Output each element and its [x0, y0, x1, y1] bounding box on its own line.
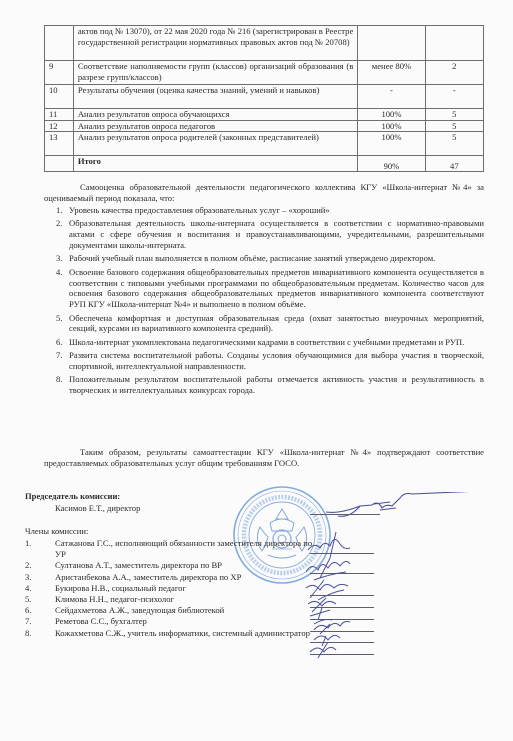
list-item: 2.Султанова А.Т., заместитель директора …	[25, 560, 325, 571]
row-value: -	[358, 85, 425, 109]
list-item: 2.Образовательная деятельность школы-инт…	[44, 218, 484, 250]
list-item: 8.Положительным результатом воспитательн…	[44, 374, 484, 396]
item-number: 5.	[25, 594, 31, 605]
item-text: Сейдахметова А.Ж., заведующая библиотеко…	[55, 605, 224, 615]
row-points: 5	[425, 120, 483, 132]
item-text: Сатжанова Г.С., исполняющий обязанности …	[55, 538, 312, 559]
item-number: 5.	[56, 313, 62, 324]
item-number: 3.	[56, 253, 62, 264]
total-points: 47	[425, 156, 483, 172]
list-item: 8.Кожахметова С.Ж., учитель информатики,…	[25, 628, 325, 639]
list-item: 3.Рабочий учебный план выполняется в пол…	[44, 253, 484, 264]
item-text: Реметова С.С., бухгалтер	[55, 616, 147, 626]
table-row: 13 Анализ результатов опроса родителей (…	[45, 132, 484, 156]
member-signatures-icon	[300, 528, 380, 663]
row-number: 11	[45, 109, 74, 121]
chair-name: Касимов Е.Т., директор	[55, 503, 140, 513]
item-text: Рабочий учебный план выполняется в полно…	[69, 253, 435, 263]
item-text: Положительным результатом воспитательной…	[69, 374, 484, 395]
members-title: Члены комиссии:	[25, 526, 88, 536]
row-criterion: актов под № 13070), от 22 мая 2020 года …	[73, 26, 357, 61]
row-criterion: Анализ результатов опроса обучающихся	[73, 109, 357, 121]
row-value: 100%	[358, 120, 425, 132]
item-number: 4.	[25, 583, 31, 594]
total-label: Итого	[73, 156, 357, 172]
row-points: 5	[425, 132, 483, 156]
row-number: 12	[45, 120, 74, 132]
item-text: Кожахметова С.Ж., учитель информатики, с…	[55, 628, 310, 638]
row-number: 10	[45, 85, 74, 109]
list-item: 5.Обеспечена комфортная и доступная обра…	[44, 313, 484, 335]
item-text: Школа-интернат укомплектована педагогиче…	[69, 337, 464, 347]
item-number: 2.	[56, 218, 62, 229]
list-item: 1.Сатжанова Г.С., исполняющий обязанност…	[25, 538, 325, 560]
item-number: 2.	[25, 560, 31, 571]
item-number: 6.	[25, 605, 31, 616]
list-item: 5.Климова Н.Н., педагог-психолог	[25, 594, 325, 605]
item-number: 8.	[25, 628, 31, 639]
chair-signature-icon	[320, 492, 510, 522]
item-number: 8.	[56, 374, 62, 385]
item-text: Освоение базового содержания общеобразов…	[69, 267, 484, 309]
row-number: 13	[45, 132, 74, 156]
item-number: 3.	[25, 572, 31, 583]
item-number: 1.	[56, 205, 62, 216]
self-assessment-table: актов под № 13070), от 22 мая 2020 года …	[44, 25, 484, 172]
chair-title: Председатель комиссии:	[25, 491, 120, 501]
row-points: 2	[425, 61, 483, 85]
row-number	[45, 26, 74, 61]
item-text: Климова Н.Н., педагог-психолог	[55, 594, 174, 604]
row-criterion: Анализ результатов опроса педагогов	[73, 120, 357, 132]
row-points	[425, 26, 483, 61]
signature-line	[310, 514, 380, 515]
row-value	[358, 26, 425, 61]
list-item: 3.Аристанбекова А.А., заместитель директ…	[25, 572, 325, 583]
list-item: 7.Развита система воспитательной работы.…	[44, 350, 484, 372]
item-text: Султанова А.Т., заместитель директора по…	[55, 560, 222, 570]
item-text: Букирова Н.В., социальный педагог	[55, 583, 186, 593]
table-row: 9 Соответствие наполняемости групп (клас…	[45, 61, 484, 85]
list-item: 1.Уровень качества предоставления образо…	[44, 205, 484, 216]
item-text: Аристанбекова А.А., заместитель директор…	[55, 572, 241, 582]
row-number: 9	[45, 61, 74, 85]
item-number: 7.	[25, 616, 31, 627]
table-total-row: Итого 90% 47	[45, 156, 484, 172]
table-row: 12 Анализ результатов опроса педагогов 1…	[45, 120, 484, 132]
item-number: 6.	[56, 337, 62, 348]
row-points: -	[425, 85, 483, 109]
members-list: 1.Сатжанова Г.С., исполняющий обязанност…	[25, 538, 325, 639]
row-criterion: Результаты обучения (оценка качества зна…	[73, 85, 357, 109]
row-value: 100%	[358, 132, 425, 156]
conclusion-paragraph: Таким образом, результаты самоаттестации…	[44, 447, 484, 469]
item-number: 4.	[56, 267, 62, 278]
total-value: 90%	[358, 156, 425, 172]
table-row: 10 Результаты обучения (оценка качества …	[45, 85, 484, 109]
item-text: Уровень качества предоставления образова…	[69, 205, 330, 215]
row-value: 100%	[358, 109, 425, 121]
item-text: Обеспечена комфортная и доступная образо…	[69, 313, 484, 334]
item-number: 1.	[25, 538, 31, 549]
row-criterion: Анализ результатов опроса родителей (зак…	[73, 132, 357, 156]
row-points: 5	[425, 109, 483, 121]
intro-paragraph: Самооценка образовательной деятельности …	[44, 182, 484, 204]
list-item: 6.Школа-интернат укомплектована педагоги…	[44, 337, 484, 348]
row-number	[45, 156, 74, 172]
table-row: актов под № 13070), от 22 мая 2020 года …	[45, 26, 484, 61]
document-page: актов под № 13070), от 22 мая 2020 года …	[0, 0, 513, 741]
row-value: менее 80%	[358, 61, 425, 85]
list-item: 4.Освоение базового содержания общеобраз…	[44, 267, 484, 310]
item-text: Образовательная деятельность школы-интер…	[69, 218, 484, 250]
list-item: 6.Сейдахметова А.Ж., заведующая библиоте…	[25, 605, 325, 616]
item-number: 7.	[56, 350, 62, 361]
table-row: 11 Анализ результатов опроса обучающихся…	[45, 109, 484, 121]
item-text: Развита система воспитательной работы. С…	[69, 350, 484, 371]
list-item: 4.Букирова Н.В., социальный педагог	[25, 583, 325, 594]
list-item: 7.Реметова С.С., бухгалтер	[25, 616, 325, 627]
row-criterion: Соответствие наполняемости групп (классо…	[73, 61, 357, 85]
findings-list: 1.Уровень качества предоставления образо…	[44, 205, 484, 399]
